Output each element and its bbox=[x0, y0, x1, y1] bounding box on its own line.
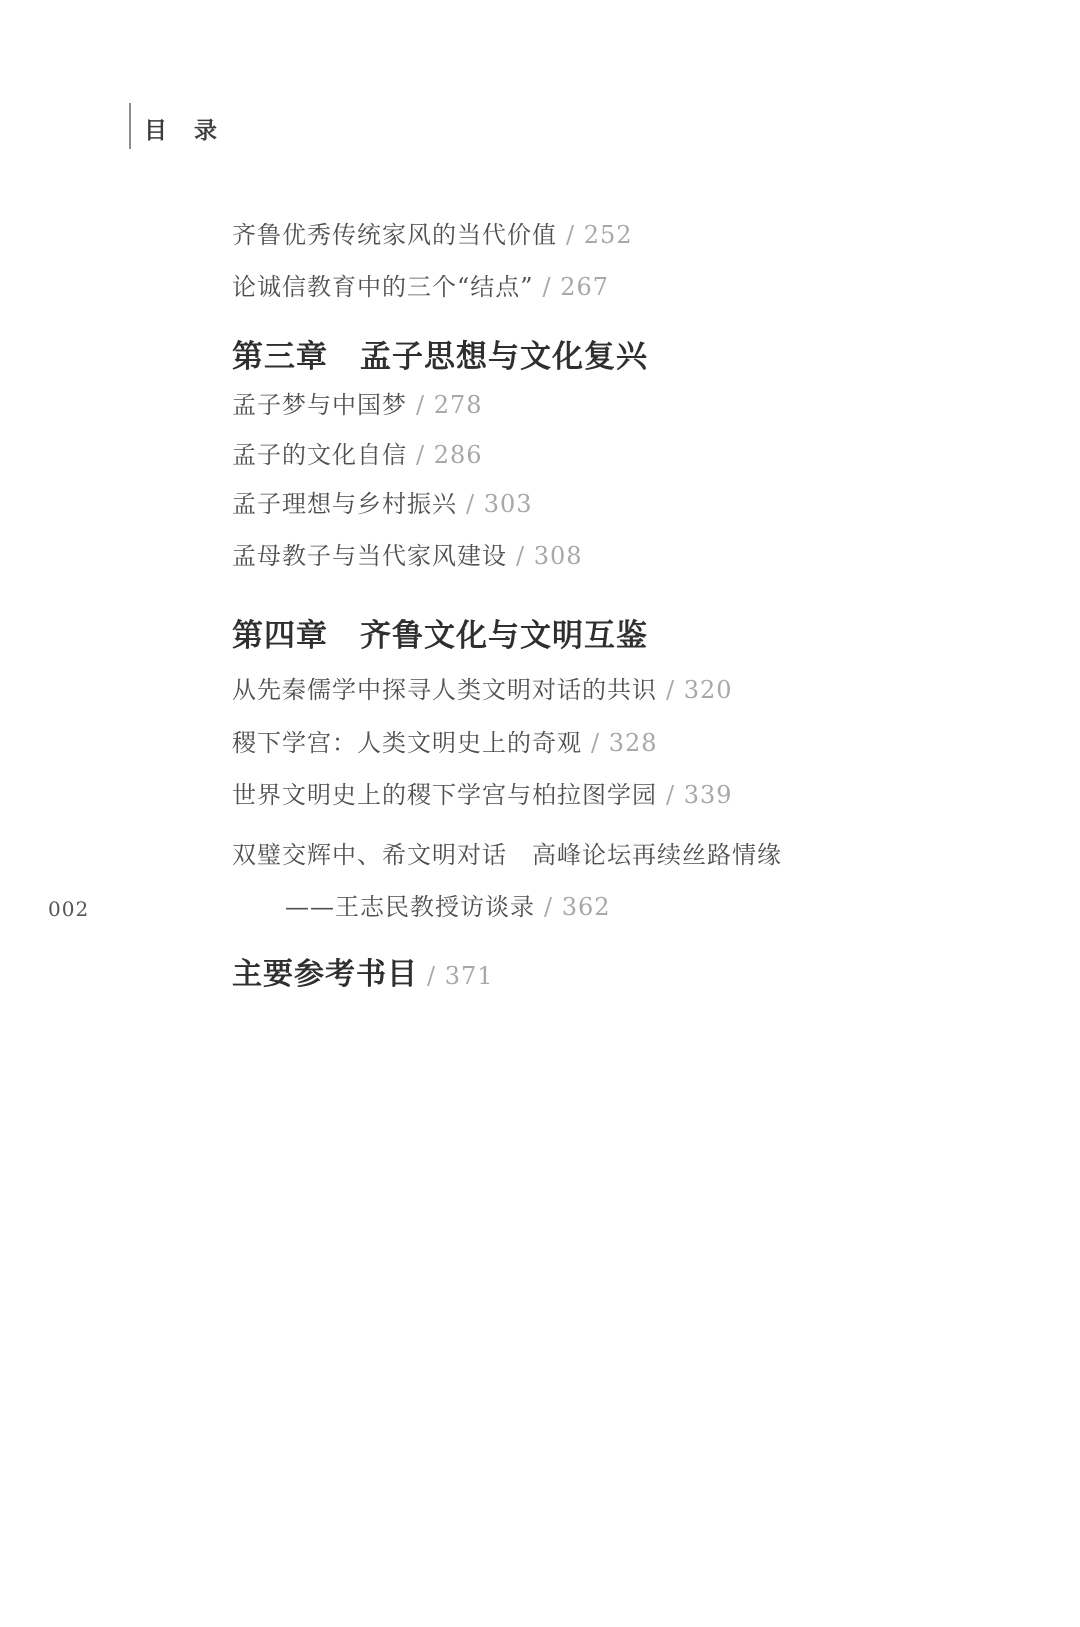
entry-title: 从先秦儒学中探寻人类文明对话的共识 bbox=[232, 676, 657, 704]
entry-title: 孟子梦与中国梦 bbox=[232, 391, 407, 419]
entry-title: 稷下学宫：人类文明史上的奇观 bbox=[232, 729, 582, 757]
entry-page-ref: / 252 bbox=[566, 221, 633, 249]
toc-entry: 孟子梦与中国梦/ 278 bbox=[232, 389, 483, 421]
entry-page-ref: / 362 bbox=[544, 893, 611, 921]
entry-title: 孟子的文化自信 bbox=[232, 441, 407, 469]
entry-title: 齐鲁优秀传统家风的当代价值 bbox=[232, 221, 557, 249]
entry-title: 论诚信教育中的三个“结点” bbox=[232, 273, 534, 301]
toc-page: 目 录 齐鲁优秀传统家风的当代价值/ 252 论诚信教育中的三个“结点”/ 26… bbox=[0, 0, 1080, 1627]
toc-entry: 齐鲁优秀传统家风的当代价值/ 252 bbox=[232, 219, 633, 251]
entry-title: 孟母教子与当代家风建设 bbox=[232, 542, 507, 570]
header-rule bbox=[129, 103, 131, 149]
entry-page-ref: / 339 bbox=[666, 781, 733, 809]
toc-entry: 孟子理想与乡村振兴/ 303 bbox=[232, 488, 533, 520]
entry-page-ref: / 320 bbox=[666, 676, 733, 704]
entry-page-ref: / 278 bbox=[416, 391, 483, 419]
entry-page-ref: / 328 bbox=[591, 729, 658, 757]
toc-entry: 稷下学宫：人类文明史上的奇观/ 328 bbox=[232, 727, 658, 759]
entry-page-ref: / 308 bbox=[516, 542, 583, 570]
bibliography-page-ref: / 371 bbox=[427, 962, 494, 990]
toc-entry: 孟母教子与当代家风建设/ 308 bbox=[232, 540, 583, 572]
toc-entry-continuation: ——王志民教授访谈录/ 362 bbox=[285, 891, 611, 923]
chapter-3-heading: 第三章 孟子思想与文化复兴 bbox=[232, 337, 648, 377]
toc-entry: 论诚信教育中的三个“结点”/ 267 bbox=[232, 271, 609, 303]
entry-title: 双璧交辉中、希文明对话 高峰论坛再续丝路情缘 bbox=[232, 841, 782, 869]
entry-page-ref: / 303 bbox=[466, 490, 533, 518]
toc-entry: 世界文明史上的稷下学宫与柏拉图学园/ 339 bbox=[232, 779, 733, 811]
page-title: 目 录 bbox=[144, 112, 219, 145]
chapter-4-heading: 第四章 齐鲁文化与文明互鉴 bbox=[232, 616, 648, 656]
entry-page-ref: / 286 bbox=[416, 441, 483, 469]
toc-entry: 双璧交辉中、希文明对话 高峰论坛再续丝路情缘 bbox=[232, 839, 791, 871]
toc-entry: 孟子的文化自信/ 286 bbox=[232, 439, 483, 471]
entry-title: 孟子理想与乡村振兴 bbox=[232, 490, 457, 518]
entry-title: ——王志民教授访谈录 bbox=[285, 893, 535, 921]
entry-page-ref: / 267 bbox=[543, 273, 610, 301]
toc-entry: 从先秦儒学中探寻人类文明对话的共识/ 320 bbox=[232, 674, 733, 706]
bibliography-title: 主要参考书目 bbox=[232, 957, 418, 992]
folio-page-number: 002 bbox=[48, 897, 89, 921]
bibliography-heading: 主要参考书目/ 371 bbox=[232, 955, 494, 996]
entry-title: 世界文明史上的稷下学宫与柏拉图学园 bbox=[232, 781, 657, 809]
